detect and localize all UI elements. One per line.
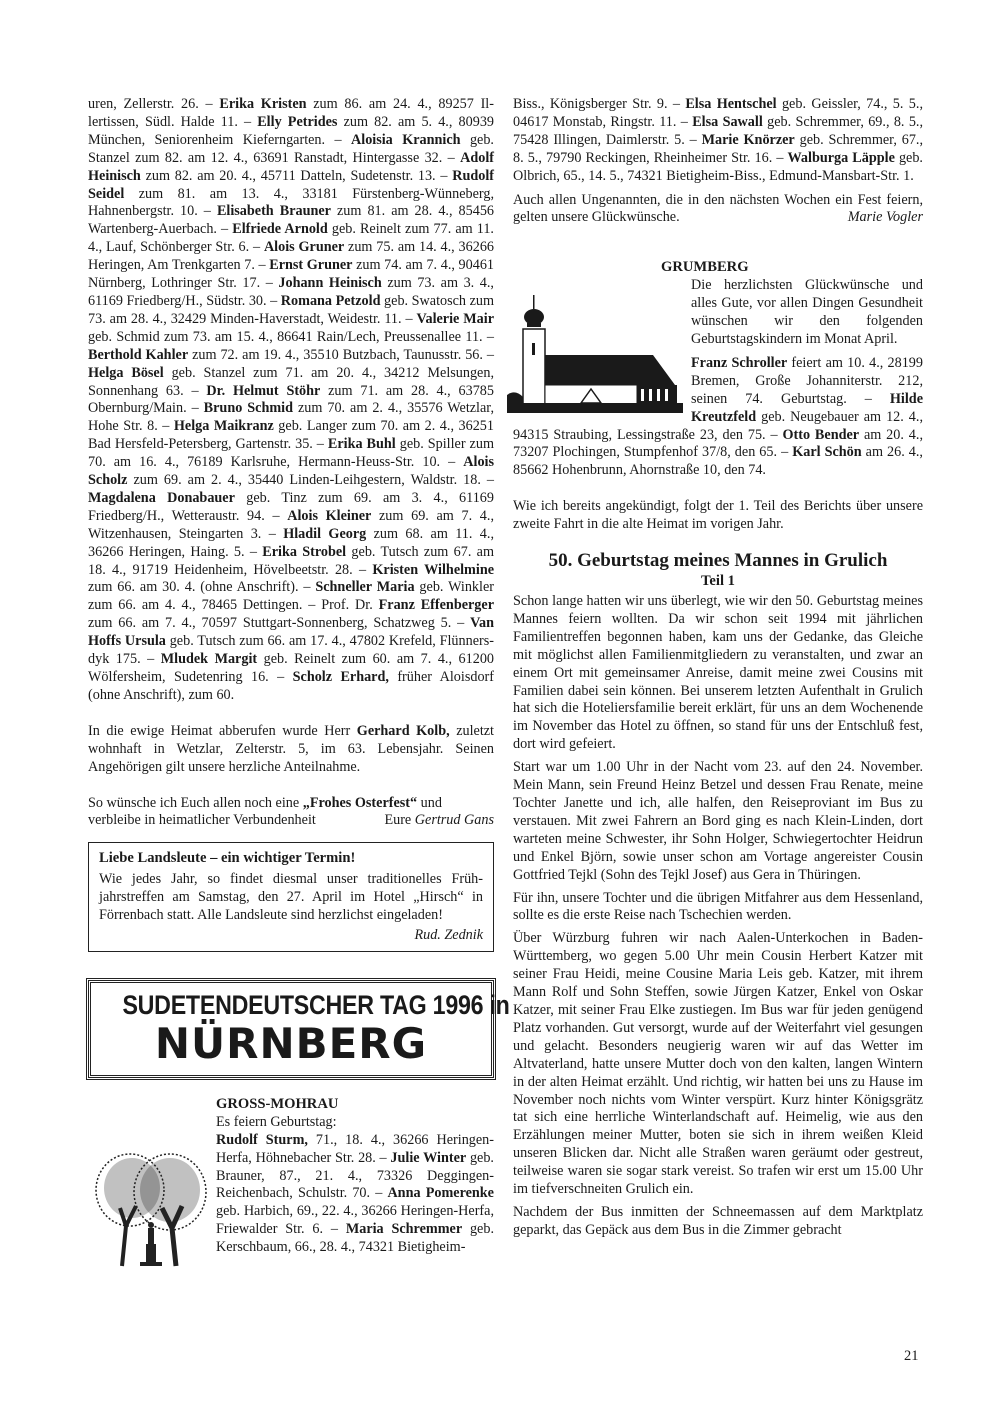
person-name: Romana Petzold [281, 293, 381, 309]
signature-name: Gertrud Gans [415, 812, 494, 828]
person-name: Valerie Mair [417, 311, 494, 327]
article-paragraph: Start war um 1.00 Uhr in der Nacht vom 2… [513, 759, 923, 884]
important-date-notice-box: Liebe Landsleute – ein wichtiger Termin!… [88, 842, 494, 952]
person-name: Elisabeth Brauner [217, 203, 331, 219]
gross-mohrau-section: GROSS-MOHRAU Es feiern Geburtstag: Rudol… [88, 1096, 494, 1257]
person-name: Walburga Läpple [788, 150, 895, 166]
notice-body: Wie jedes Jahr, so findet diesmal unser … [99, 871, 483, 925]
right-column: Biss., Königsberger Str. 9. – Elsa Hents… [513, 96, 923, 1240]
person-name: Scholz Erhard, [293, 669, 389, 685]
person-name: Franz Effenberger [379, 597, 494, 613]
church-icon [507, 291, 683, 413]
person-name: Elsa Sawall [692, 114, 763, 130]
person-name: Dr. Helmut Stöhr [206, 383, 320, 399]
person-name: Adolf Heinisch [88, 150, 494, 184]
person-name: Elfriede Arnold [232, 221, 328, 237]
obituary-notice: In die ewige Heimat abberufen wurde Herr… [88, 723, 494, 777]
person-name: Rudolf Sturm, [216, 1132, 308, 1148]
person-name: Aloisia Krannich [351, 132, 461, 148]
person-name: Van Hoffs Ursula [88, 615, 494, 649]
gross-mohrau-birthday-list: Rudolf Sturm, 71., 18. 4., 36266 Herin­g… [216, 1132, 494, 1257]
birthday-list-continued: uren, Zellerstr. 26. – Erika Kristen zum… [88, 96, 494, 705]
closing-wishes: Auch allen Ungenannten, die in den nächs… [513, 192, 923, 228]
person-name: Kristen Wilhelmine [372, 562, 494, 578]
person-name: Magdalena Donabauer [88, 490, 235, 506]
person-name: Mludek Margit [161, 651, 257, 667]
person-name: Ernst Gru­ner [269, 257, 352, 273]
person-name: Gerhard Kolb, [357, 723, 450, 739]
sudetendeutscher-tag-banner: SUDETENDEUTSCHER TAG 1996 in NÜRNBERG [88, 980, 494, 1078]
signature-prefix: Eure [384, 812, 414, 828]
person-name: Erika Buhl [328, 436, 396, 452]
article-paragraph: Für ihn, unsere Tochter und die übrigen … [513, 890, 923, 926]
gross-mohrau-intro: Es feiern Geburtstag: [216, 1114, 494, 1132]
easter-greeting-signature: Eure Gertrud Gans [384, 812, 494, 830]
person-name: Helga Maikranz [174, 418, 274, 434]
article-paragraph: Über Würzburg fuhren wir nach Aalen-Unte… [513, 930, 923, 1199]
grumberg-section: GRUMBERG Die herzlichsten Glückwünsch [513, 259, 923, 480]
person-name: Schneller Maria [315, 579, 414, 595]
person-name: Otto Bender [782, 427, 859, 443]
person-name: Alois Gruner [264, 239, 344, 255]
gross-mohrau-birthday-list-continued: Biss., Königsberger Str. 9. – Elsa Hents… [513, 96, 923, 186]
easter-greeting-text: So wünsche ich Euch allen noch eine [88, 795, 303, 811]
gross-mohrau-title: GROSS-MOHRAU [216, 1096, 494, 1114]
article-body: Schon lange hatten wir uns überlegt, wie… [513, 593, 923, 1240]
person-name: Helga Bösel [88, 365, 164, 381]
person-name: Karl Schön [792, 444, 861, 460]
grumberg-title: GRUMBERG [513, 259, 923, 277]
tree-with-statue-icon [92, 1148, 210, 1268]
article-heading: 50. Geburtstag meines Mannes in Grulich [513, 550, 923, 572]
article-paragraph: Nachdem der Bus inmitten der Schneemasse… [513, 1204, 923, 1240]
person-name: Elly Petrides [257, 114, 337, 130]
easter-greeting-closing: verbleibe in heimatlicher Verbundenheit [88, 812, 316, 830]
person-name: Berthold Kahler [88, 347, 188, 363]
person-name: Hladil Georg [283, 526, 366, 542]
person-name: Alois Scholz [88, 454, 494, 488]
notice-signature: Rud. Zednik [99, 927, 483, 945]
person-name: Erika Kristen [219, 96, 306, 112]
person-name: Alois Kleiner [287, 508, 371, 524]
article-subheading: Teil 1 [513, 572, 923, 590]
person-name: Rudolf Seidel [88, 168, 494, 202]
banner-line-1: SUDETENDEUTSCHER TAG 1996 in [122, 989, 459, 1021]
easter-greeting-text-end: und [417, 795, 442, 811]
person-name: Elsa Hentschel [685, 96, 776, 112]
left-column: uren, Zellerstr. 26. – Erika Kristen zum… [88, 96, 494, 1257]
person-name: Marie Knörzer [702, 132, 795, 148]
person-name: Anna Pomerenke [387, 1185, 494, 1201]
person-name: Bruno Schmid [204, 400, 293, 416]
notice-title: Liebe Landsleute – ein wichtiger Termin! [99, 850, 483, 868]
closing-wishes-signature: Marie Vogler [848, 209, 923, 227]
report-announcement: Wie ich bereits angekündigt, folgt der 1… [513, 498, 923, 534]
person-name: Julie Winter [390, 1150, 466, 1166]
person-name: Franz Schroller [691, 355, 787, 371]
easter-greeting-bold: „Frohes Osterfest“ [303, 795, 417, 811]
easter-greeting: So wünsche ich Euch allen noch eine „Fro… [88, 795, 494, 831]
person-name: Erika Strobel [262, 544, 346, 560]
article-paragraph: Schon lange hatten wir uns überlegt, wie… [513, 593, 923, 754]
page-number: 21 [904, 1348, 919, 1366]
person-name: Maria Schremmer [346, 1221, 462, 1237]
person-name: Hilde Kreutzfeld [691, 391, 923, 425]
banner-line-2: NÜRNBERG [95, 1021, 487, 1067]
person-name: Jo­hann Heinisch [278, 275, 381, 291]
